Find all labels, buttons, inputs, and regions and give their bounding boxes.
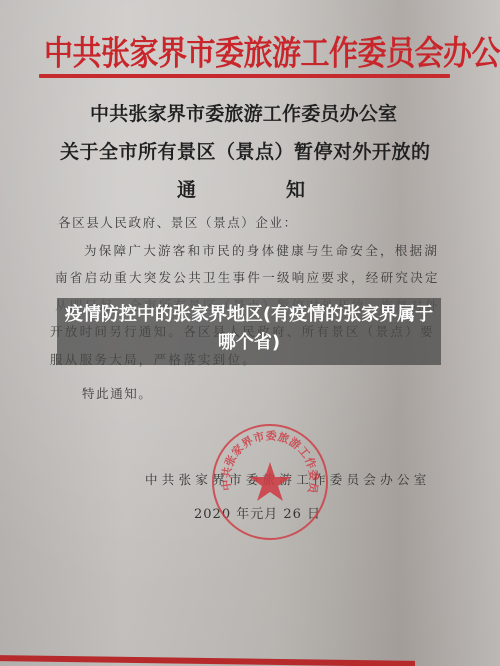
caption-overlay-text: 疫情防控中的张家界地区(有疫情的张家界属于哪个省)	[57, 301, 441, 357]
seal-star-icon: 中共张家界市委旅游工作委员会办公室	[214, 426, 326, 538]
heading-char-2: 知	[286, 175, 305, 202]
document-type-heading: 通知	[177, 175, 500, 202]
salutation: 各区县人民政府、景区（景点）企业：	[58, 213, 298, 231]
document-issuer: 中共张家界市委旅游工作委员办公室	[90, 99, 500, 126]
closing-line: 特此通知。	[82, 384, 153, 402]
letterhead-title: 中共张家界市委旅游工作委员会办公室	[44, 30, 454, 76]
official-seal: 中共张家界市委旅游工作委员会办公室	[212, 424, 328, 540]
document-subject: 关于全市所有景区（景点）暂停对外开放的	[60, 137, 500, 164]
body-line-2: 南省启动重大突发公共卫生事件一级响应要求，经研究决定	[55, 268, 440, 286]
body-line-1: 为保障广大游客和市民的身体健康与生命安全，根据湖	[84, 241, 439, 259]
letterhead-red-rule	[39, 74, 450, 78]
heading-char-1: 通	[177, 175, 196, 202]
